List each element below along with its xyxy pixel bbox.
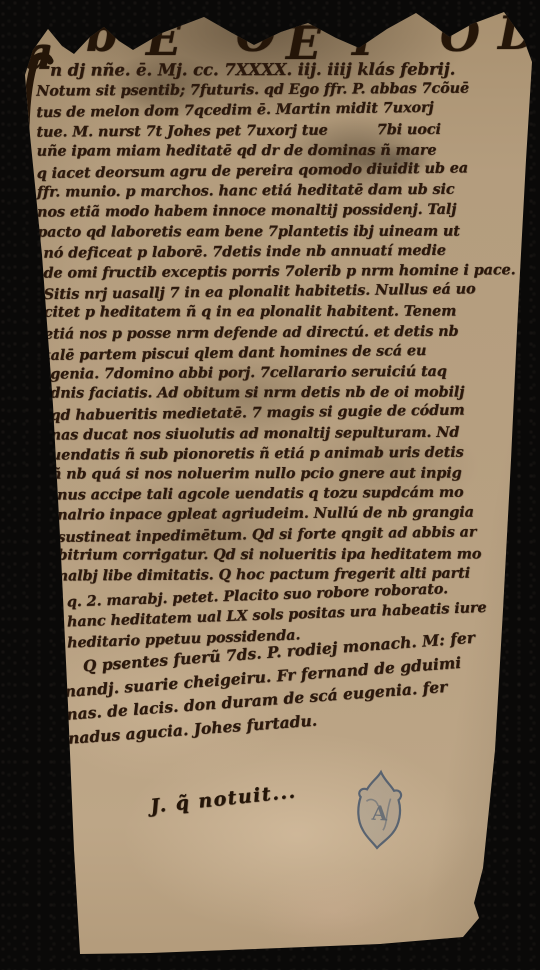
manuscript-line: uendatis ñ sub pionoretis ñ etiá p anima… (51, 442, 501, 465)
manuscript-line: ñ nb quá si nos noluerim nullo pcio gner… (51, 463, 501, 484)
manuscript-line: bitrium corrigatur. Qd si nolueritis ipa… (57, 544, 501, 565)
chirograph-letter: E (146, 12, 181, 66)
notary-signature: J. q̃ notuit... (149, 780, 297, 817)
chirograph-letter: D (498, 6, 538, 60)
chirograph-letter: b (86, 8, 118, 62)
archive-stamp: A (348, 767, 410, 854)
chirograph-letter: O (440, 8, 480, 62)
stamp-letter: A (370, 801, 388, 826)
manuscript-line: n dj nñe. ē. Mj. cc. 7XXXX. iij. iiij kl… (36, 59, 498, 80)
chirograph-letter: O (236, 8, 276, 62)
manuscript-line: citet p heditatem ñ q in ea plonalit hab… (44, 302, 500, 323)
chirograph-letter: I (352, 12, 374, 66)
manuscript-line: nos etiã modo habem innoce monaltij poss… (37, 200, 499, 223)
photo-background: a b E O E I O D n dj nñe. ē. Mj. cc. 7XX… (0, 0, 540, 970)
charter-text-block: n dj nñe. ē. Mj. cc. 7XXXX. iij. iiij kl… (36, 58, 502, 647)
parchment: a b E O E I O D n dj nñe. ē. Mj. cc. 7XX… (0, 0, 540, 970)
manuscript-line: tue. M. nurst 7t Johes pet 7uxorj tue 7b… (36, 119, 498, 142)
manuscript-line: pacto qd laboretis eam bene 7plantetis i… (37, 221, 499, 242)
